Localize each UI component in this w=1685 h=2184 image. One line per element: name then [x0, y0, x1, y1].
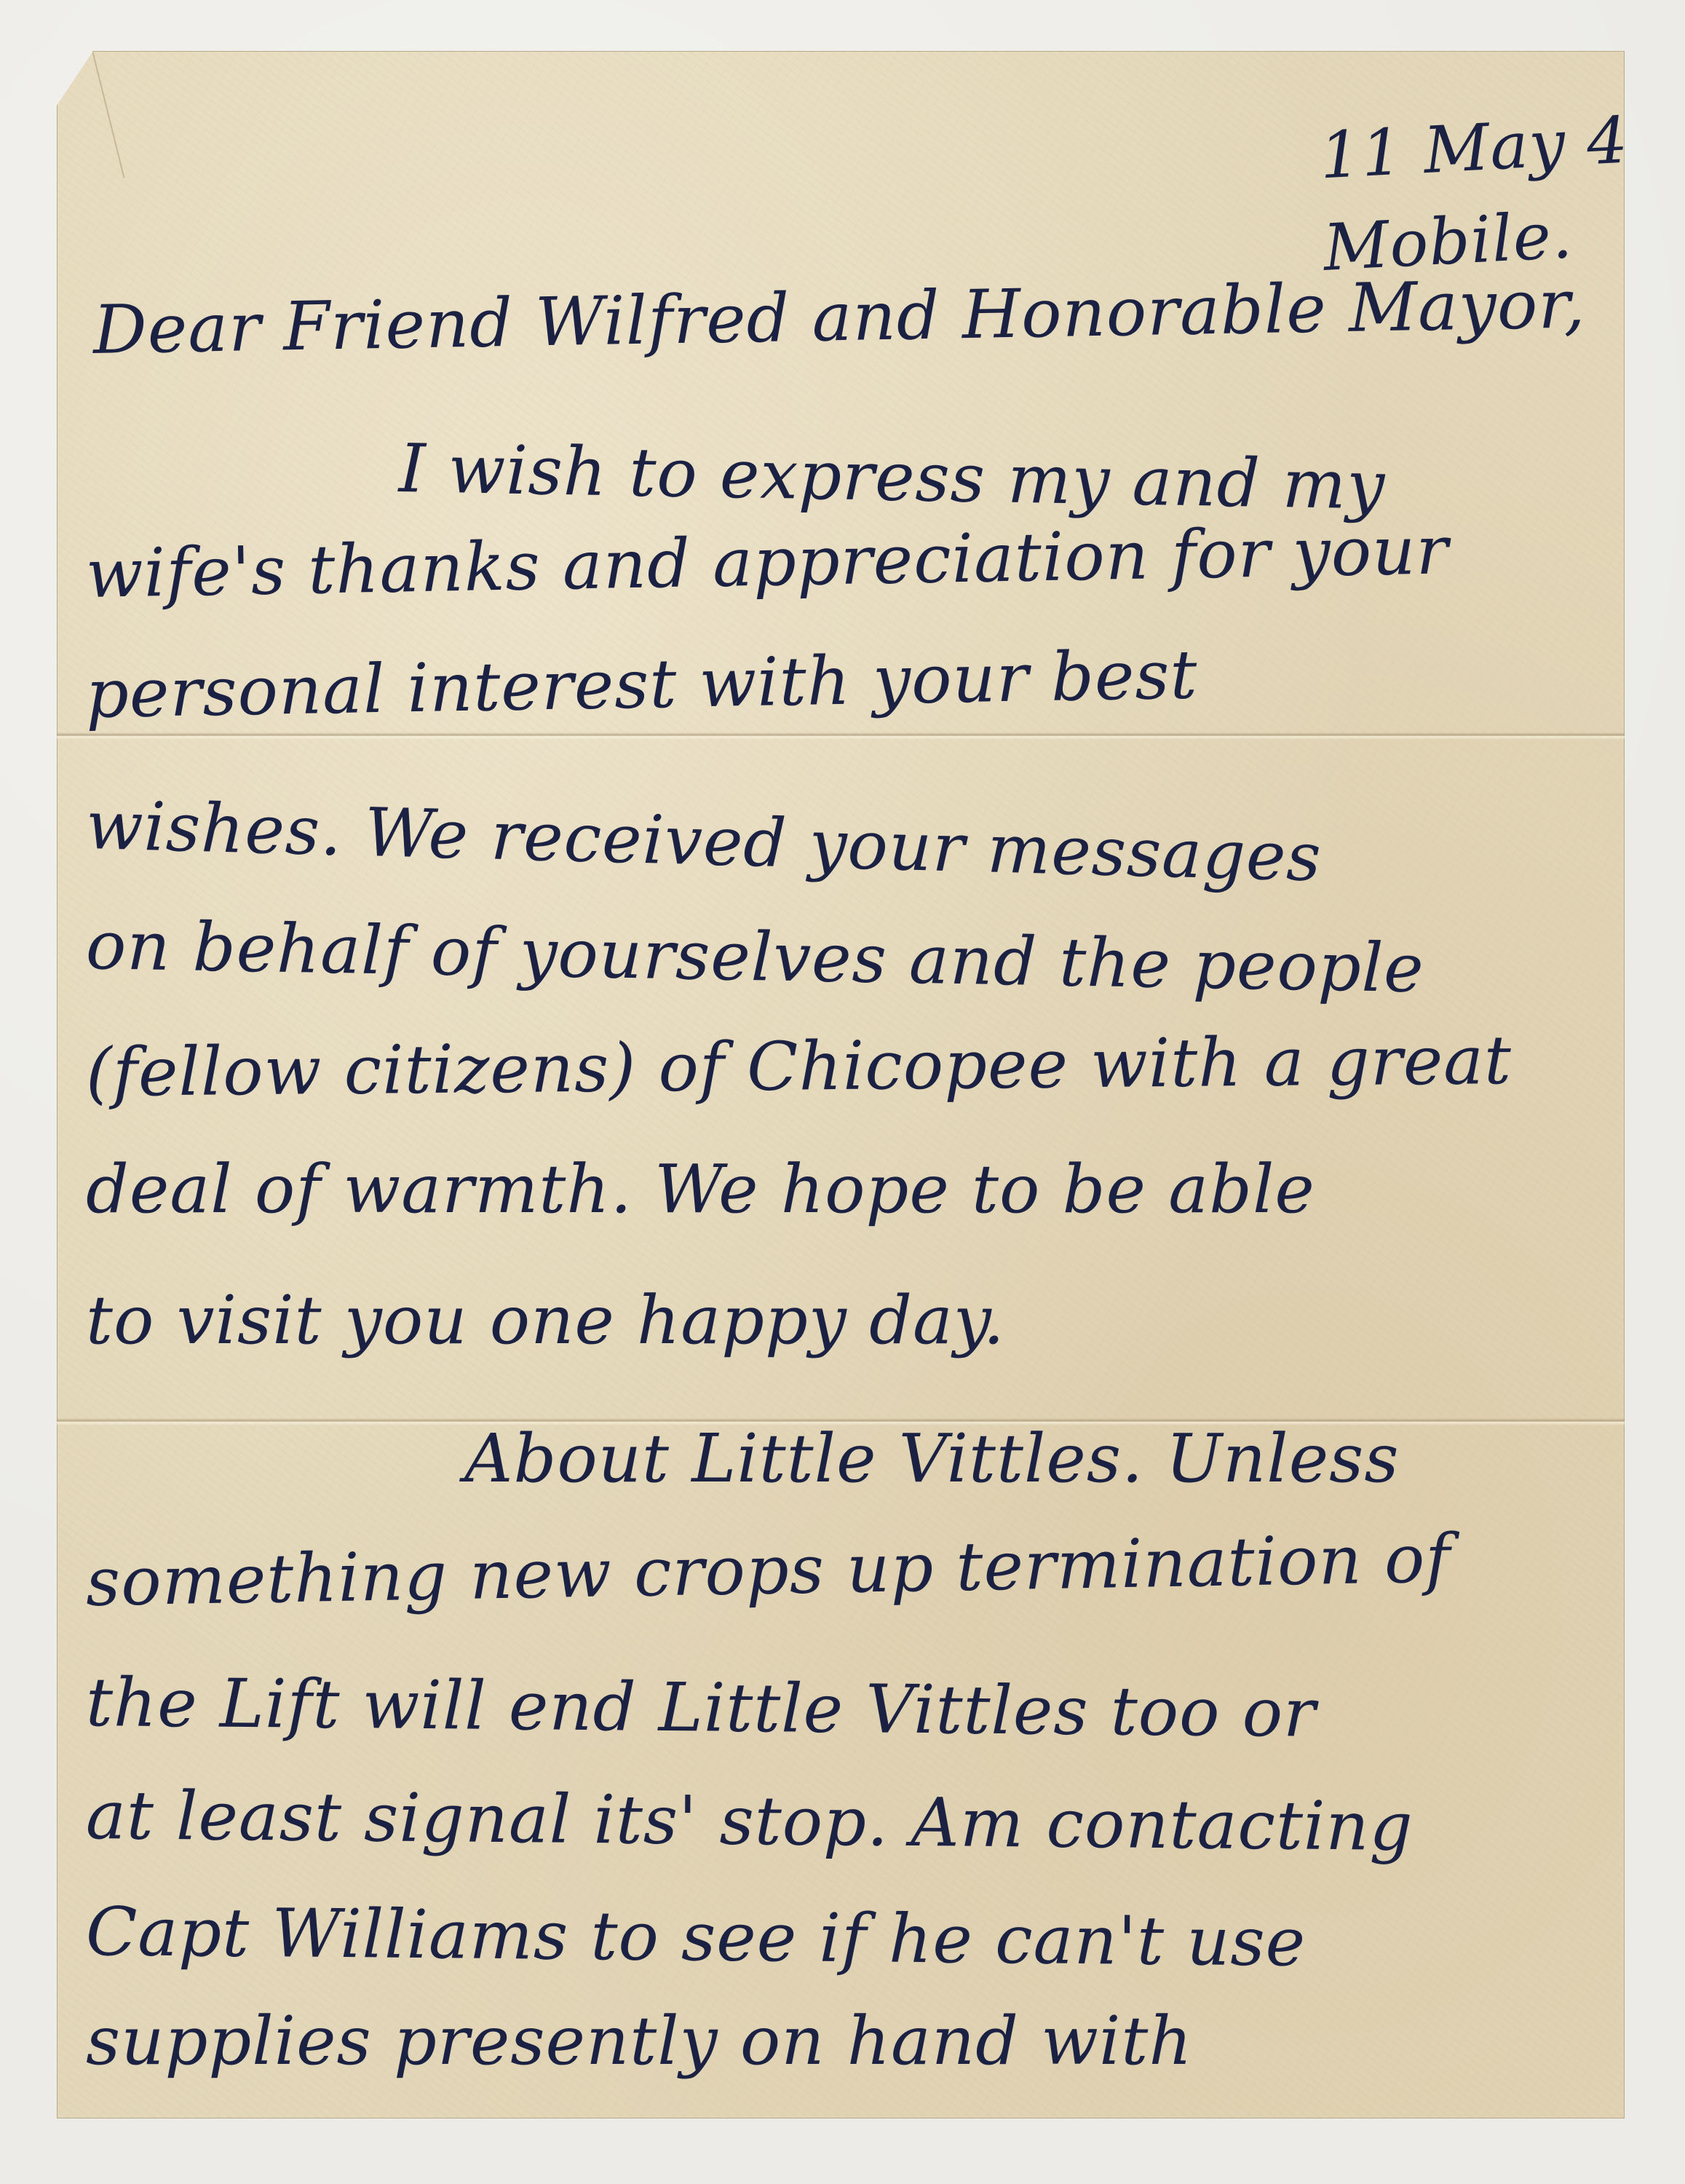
body-line-12: at least signal its' stop. Am contacting — [86, 1776, 1414, 1866]
salutation: Dear Friend Wilfred and Honorable Mayor, — [92, 265, 1586, 369]
fold-line-upper — [57, 732, 1625, 740]
corner-crease — [92, 51, 124, 178]
body-line-7: deal of warmth. We hope to be able — [86, 1150, 1315, 1228]
body-line-2: wife's thanks and appreciation for your — [85, 511, 1449, 613]
letter-date: 11 May 49 — [1318, 100, 1672, 193]
body-line-4: wishes. We received your messages — [85, 786, 1323, 896]
body-line-14: supplies presently on hand with — [86, 2002, 1193, 2080]
body-line-3: personal interest with your best — [85, 636, 1198, 733]
body-line-11: the Lift will end Little Vittles too or — [86, 1663, 1317, 1752]
body-line-1: I wish to express my and my — [398, 430, 1386, 525]
body-line-10: something new crops up termination of — [85, 1519, 1451, 1621]
body-line-6: (fellow citizens) of Chicopee with a gre… — [86, 1021, 1512, 1112]
body-line-9: About Little Vittles. Unless — [464, 1420, 1400, 1497]
body-line-5: on behalf of yourselves and the people — [85, 906, 1425, 1008]
body-line-8: to visit you one happy day. — [86, 1281, 1005, 1359]
body-line-13: Capt Williams to see if he can't use — [86, 1893, 1307, 1982]
letter-page: 11 May 49 Mobile. Dear Friend Wilfred an… — [57, 51, 1625, 2118]
